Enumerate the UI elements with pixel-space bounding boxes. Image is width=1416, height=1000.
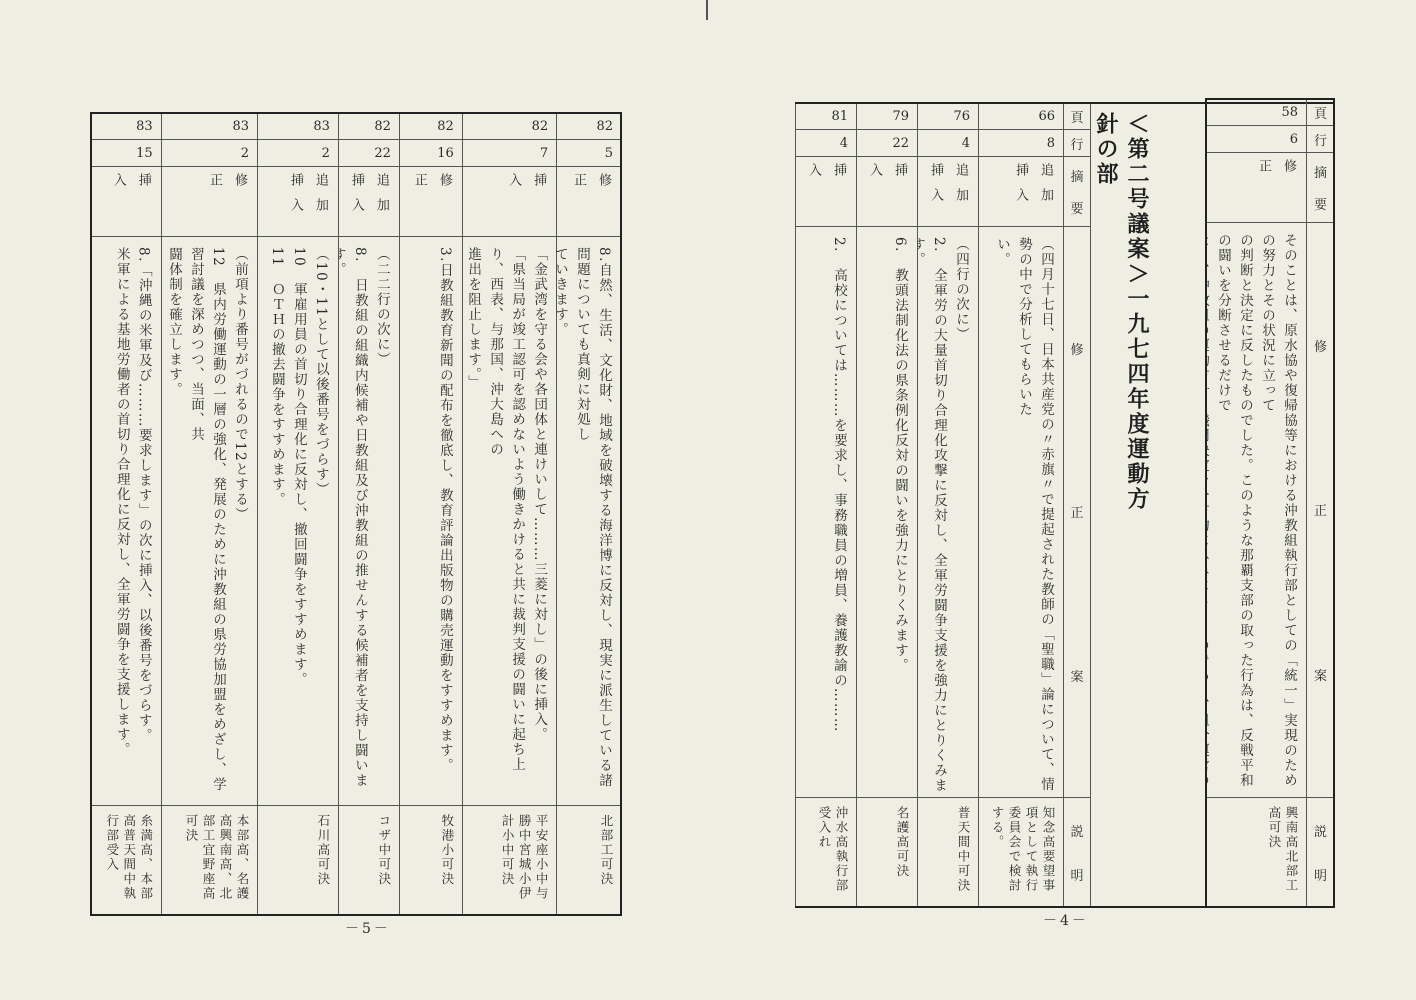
line-ref: 4 — [796, 130, 856, 157]
line-ref: 22 — [857, 130, 917, 157]
left-row-6: 83 2 修正 （前項より番号がづれるので12とする）12 県内労働運動の一層の… — [161, 113, 257, 916]
page-ref: 66 — [979, 103, 1063, 130]
page-ref: 81 — [796, 103, 856, 130]
explanation: 本部高、名護高興南高、北部工宜野座高可決 — [162, 805, 257, 915]
summary: 追加挿入 — [339, 167, 399, 237]
left-amendment-table: 83 15 挿入 8.「沖縄の米軍及び………要求します」の次に挿入、以後番号をづ… — [90, 112, 622, 916]
line-ref: 2 — [162, 140, 257, 167]
left-row-4: 82 22 追加挿入 （二二行の次に）8. 日教組の組織内候補や日教組及び沖教組… — [338, 113, 399, 916]
right-amendment-table: 81 4 挿入 2. 高校については………を要求し、事務職員の増員、養護教諭の…… — [795, 102, 1091, 908]
amendment-text: そのことは、原水協や復帰協等における沖教組執行部としての「統一」実現のための努力… — [1206, 223, 1306, 797]
page-ref: 82 — [400, 113, 462, 140]
left-row-3: 82 16 修正 3.日教組教育新聞の配布を徹底し、教育評論出版物の購売運動をす… — [399, 113, 462, 916]
summary: 追加挿入 — [918, 157, 978, 227]
explanation: 糸満高、本部高普天間中執行部受入 — [91, 805, 161, 915]
explanation: コザ中可決 — [339, 805, 399, 915]
summary: 修正 — [400, 167, 462, 237]
summary: 挿入 — [91, 167, 161, 237]
explanation: 知念高要望事項として執行委員会で検討する。 — [979, 797, 1063, 907]
left-page: 83 15 挿入 8.「沖縄の米軍及び………要求します」の次に挿入、以後番号をづ… — [90, 112, 622, 916]
line-ref: 2 — [258, 140, 338, 167]
explanation: 普天間中可決 — [918, 797, 978, 907]
binding-mark — [706, 0, 708, 20]
summary: 修正 — [162, 167, 257, 237]
right-header-column-2: 頁 行 摘要 修正案 説明 — [1307, 99, 1335, 908]
left-row-5: 83 2 追加挿入 （10・11として以後番号をづらす）10 軍雇用員の首切り合… — [258, 113, 339, 916]
explanation: 名護高可決 — [857, 797, 917, 907]
summary: 挿入 — [463, 167, 556, 237]
amendment-text: （四行の次に）2. 全軍労の大量首切り合理化攻撃に反対し、全軍労闘争支援を強力に… — [918, 227, 978, 797]
explanation: 北部工可決 — [557, 805, 621, 915]
summary: 追加挿入 — [979, 157, 1063, 227]
summary: 挿入 — [857, 157, 917, 227]
left-row-7: 83 15 挿入 8.「沖縄の米軍及び………要求します」の次に挿入、以後番号をづ… — [91, 113, 162, 916]
page-number-right: －4－ — [1043, 910, 1089, 930]
amendment-text: 8.自然、生活、文化財、地域を破壊する海洋博に反対し、現実に派生している諸問題に… — [557, 237, 621, 805]
left-row-1: 82 5 修正 8.自然、生活、文化財、地域を破壊する海洋博に反対し、現実に派生… — [557, 113, 622, 916]
explanation: 石川高可決 — [258, 805, 338, 915]
amendment-text: 「金武湾を守る会や各団体と連けいして………三菱に対し」の後に挿入。「県当局が竣工… — [463, 237, 556, 805]
page-ref: 76 — [918, 103, 978, 130]
amendment-text: 3.日教組教育新聞の配布を徹底し、教育評論出版物の購売運動をすすめます。 — [400, 237, 462, 805]
explanation: 興南高北部工高可決 — [1206, 797, 1306, 907]
page-ref: 79 — [857, 103, 917, 130]
summary: 追加挿入 — [258, 167, 338, 237]
page-ref: 83 — [162, 113, 257, 140]
right-header-column: 頁 行 摘要 修正案 説明 — [1064, 103, 1091, 908]
line-ref: 6 — [1206, 126, 1306, 153]
page-ref: 83 — [258, 113, 338, 140]
page-ref: 82 — [339, 113, 399, 140]
line-ref: 4 — [918, 130, 978, 157]
amendment-text: （10・11として以後番号をづらす）10 軍雇用員の首切り合理化に反対し、撤回闘… — [258, 237, 338, 805]
line-ref: 8 — [979, 130, 1063, 157]
line-ref: 22 — [339, 140, 399, 167]
amendment-text: 8.「沖縄の米軍及び………要求します」の次に挿入、以後番号をづらす。米軍による基… — [91, 237, 161, 805]
amendment-text: 2. 高校については………を要求し、事務職員の増員、養護教諭の……… — [796, 227, 856, 797]
explanation: 牧港小可決 — [400, 805, 462, 915]
amendment-text: （二二行の次に）8. 日教組の組織内候補や日教組及び沖教組の推せんする候補者を支… — [339, 237, 399, 805]
document-spread: 81 4 挿入 2. 高校については………を要求し、事務職員の増員、養護教諭の…… — [0, 0, 1416, 1000]
amendment-text: 6. 教頭法制化法の県条例化反対の闘いを強力にとりくみます。 — [857, 227, 917, 797]
right-row-2: 66 8 追加挿入 （四月十七日、日本共産党の〃赤旗〃で提起された教師の「聖職」… — [979, 103, 1064, 908]
line-ref: 15 — [91, 140, 161, 167]
section-title: ＜第二号議案＞一九七四年度運動方針の部 — [1112, 112, 1152, 532]
page-number-left: －5－ — [345, 918, 391, 938]
line-ref: 16 — [400, 140, 462, 167]
right-row-1: 58 6 修正 そのことは、原水協や復帰協等における沖教組執行部としての「統一」… — [1206, 99, 1307, 908]
page-ref: 82 — [463, 113, 556, 140]
page-ref: 58 — [1206, 99, 1306, 126]
right-row-5: 81 4 挿入 2. 高校については………を要求し、事務職員の増員、養護教諭の…… — [796, 103, 857, 908]
amendment-text: （前項より番号がづれるので12とする）12 県内労働運動の一層の強化、発展のため… — [162, 237, 257, 805]
right-row-3: 76 4 追加挿入 （四行の次に）2. 全軍労の大量首切り合理化攻撃に反対し、全… — [918, 103, 979, 908]
right-row-4: 79 22 挿入 6. 教頭法制化法の県条例化反対の闘いを強力にとりくみます。 … — [857, 103, 918, 908]
page-ref: 83 — [91, 113, 161, 140]
line-ref: 5 — [557, 140, 621, 167]
amendment-text: （四月十七日、日本共産党の〃赤旗〃で提起された教師の「聖職」論について、情勢の中… — [979, 227, 1063, 797]
summary: 挿入 — [796, 157, 856, 227]
line-ref: 7 — [463, 140, 556, 167]
explanation: 平安座小中与勝中宮城小伊計小中可決 — [463, 805, 556, 915]
summary: 修正 — [1206, 153, 1306, 223]
page-ref: 82 — [557, 113, 621, 140]
summary: 修正 — [557, 167, 621, 237]
right-page-first-block: 58 6 修正 そのことは、原水協や復帰協等における沖教組執行部としての「統一」… — [1205, 98, 1335, 908]
left-row-2: 82 7 挿入 「金武湾を守る会や各団体と連けいして………三菱に対し」の後に挿入… — [462, 113, 556, 916]
explanation: 沖水高執行部受入れ — [796, 797, 856, 907]
